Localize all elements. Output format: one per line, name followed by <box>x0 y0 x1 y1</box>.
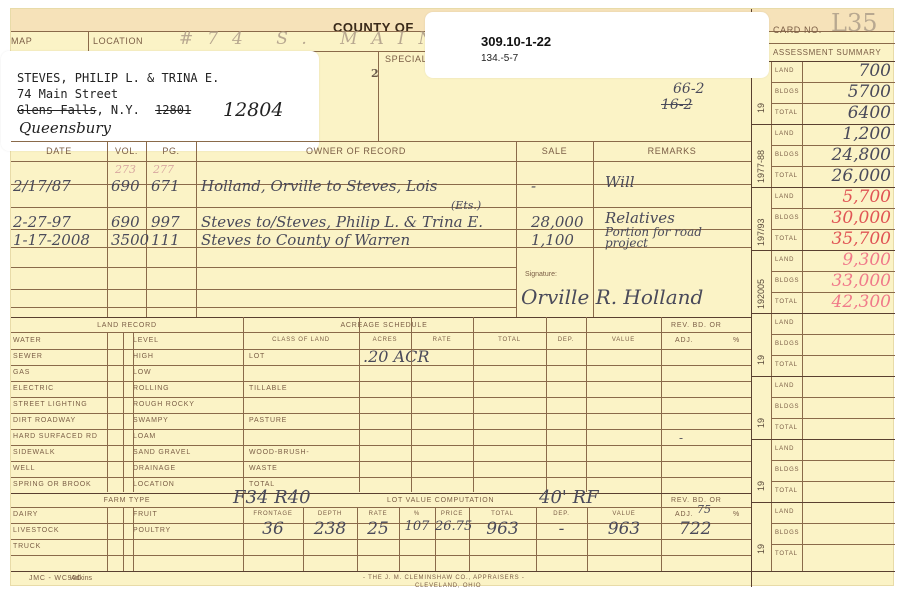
divider <box>11 161 751 162</box>
transfer-remarks: Will <box>605 177 745 188</box>
land-record-item: DIRT ROADWAY <box>13 417 76 424</box>
transfer-sale: 28,000 <box>531 213 584 231</box>
lot-acres: .20 ACR <box>363 347 429 366</box>
state: , N.Y. <box>96 103 139 117</box>
assessment-land-value: 1,200 <box>811 124 891 144</box>
transfer-date: 1-17-2008 <box>13 231 90 249</box>
signature-label: Signature: <box>525 271 557 278</box>
divider <box>11 141 751 142</box>
divider <box>11 539 751 540</box>
divider <box>771 544 895 545</box>
lot-value-header: FRONTAGE <box>243 511 303 517</box>
divider <box>802 61 803 571</box>
divider <box>751 9 752 587</box>
transfer-sale: - <box>531 177 536 195</box>
assessor: Adkins <box>71 575 92 582</box>
assessment-row-label: LAND <box>775 320 794 326</box>
acreage-class: TILLABLE <box>249 385 287 392</box>
divider <box>751 439 895 440</box>
assessment-bldgs-value: 30,000 <box>811 208 891 228</box>
assessment-row-label: LAND <box>775 257 794 263</box>
land-record-item: LOAM <box>133 433 156 440</box>
divider <box>123 507 124 571</box>
mark: 2 <box>371 67 379 80</box>
farm-type-item: DAIRY <box>13 511 38 518</box>
assessment-bldgs-value: 5700 <box>811 82 891 102</box>
divider <box>133 507 134 571</box>
acreage-header: RATE <box>411 337 473 343</box>
adj-label-2: ADJ. <box>675 511 693 518</box>
map-label: MAP <box>11 36 32 46</box>
divider <box>123 332 124 492</box>
card-no-label: CARD NO. <box>773 25 822 35</box>
divider <box>771 460 895 461</box>
assessment-row-label: LAND <box>775 68 794 74</box>
divider <box>11 397 751 398</box>
transfer-date: 2/17/87 <box>13 177 71 195</box>
divider <box>11 207 751 208</box>
farm-type-handwritten: F34 R40 <box>233 487 311 508</box>
divider <box>133 332 134 492</box>
lot-value-header: DEP. <box>536 511 587 517</box>
farm-type-item: LIVESTOCK <box>13 527 59 534</box>
owner-name: STEVES, PHILIP L. & TRINA E. <box>17 71 219 85</box>
lot-value-header: VALUE <box>587 511 661 517</box>
owner-note: (Ets.) <box>451 199 481 212</box>
farm-type-item: TRUCK <box>13 543 41 550</box>
land-record-item: LEVEL <box>133 337 159 344</box>
column-header: DATE <box>11 146 107 156</box>
divider <box>771 397 895 398</box>
farm-type-item: POULTRY <box>133 527 171 534</box>
farm-type-item: FRUIT <box>133 511 158 518</box>
assessment-row-label: TOTAL <box>775 488 798 494</box>
assessment-row-label: TOTAL <box>775 236 798 242</box>
adj-mark: - <box>679 431 683 445</box>
lot-value-note: 40' RF <box>539 487 599 508</box>
transfer-pg: 111 <box>151 231 180 249</box>
assessment-year: 19 <box>756 474 766 498</box>
divider <box>11 461 751 462</box>
assessment-row-label: TOTAL <box>775 173 798 179</box>
transfer-remarks: Relatives <box>605 213 745 224</box>
parcel-id: 309.10-1-22 <box>481 34 551 49</box>
transfer-remarks: Portion for road project <box>605 227 745 249</box>
assessment-year: 19 <box>756 348 766 372</box>
divider <box>546 317 547 492</box>
divider <box>11 429 751 430</box>
transfer-pg: 671 <box>151 177 180 195</box>
divider <box>11 332 751 333</box>
land-record-item: ROUGH ROCKY <box>133 401 195 408</box>
assessment-year: 19 <box>756 96 766 120</box>
divider <box>11 413 751 414</box>
column-header: REMARKS <box>593 146 751 156</box>
publisher: - THE J. M. CLEMINSHAW CO., APPRAISERS - <box>363 575 525 581</box>
column-header: OWNER OF RECORD <box>196 146 516 156</box>
divider <box>751 43 895 44</box>
divider <box>586 317 587 492</box>
lot-value-value: 963 <box>587 519 661 539</box>
assessment-total-value: 6400 <box>811 103 891 123</box>
lot-value-total: 963 <box>469 519 536 539</box>
lot-value-depth: 238 <box>303 519 357 539</box>
column-header: VOL. <box>107 146 146 156</box>
acreage-class: WASTE <box>249 465 278 472</box>
divider <box>88 31 89 51</box>
divider <box>11 267 516 268</box>
assessment-total-value: 42,300 <box>811 292 891 312</box>
land-record-item: SEWER <box>13 353 43 360</box>
divider <box>771 523 895 524</box>
assessment-bldgs-value: 33,000 <box>811 271 891 291</box>
divider <box>378 51 379 141</box>
assessment-row-label: BLDGS <box>775 404 799 410</box>
lot-value-header: RATE <box>357 511 399 517</box>
new-zip: 12804 <box>223 99 283 121</box>
assessment-year: 19 <box>756 537 766 561</box>
assessment-total-value: 26,000 <box>811 166 891 186</box>
transfer-owner: Steves to County of Warren <box>201 231 410 249</box>
acreage-header: CLASS OF LAND <box>243 337 359 343</box>
land-record-item: WATER <box>13 337 42 344</box>
assessment-year: 192005 <box>756 285 766 309</box>
acreage-header: DEP. <box>546 337 586 343</box>
land-record-item: SPRING OR BROOK <box>13 481 92 488</box>
lot-value-pct: 107 <box>399 519 435 534</box>
divider <box>359 317 360 492</box>
divider <box>11 477 751 478</box>
special-label: SPECIAL <box>385 54 427 64</box>
assessment-land-value: 9,300 <box>811 250 891 270</box>
card-no-value: L35 <box>831 9 877 37</box>
land-record-item: HARD SURFACED RD <box>13 433 98 440</box>
column-header: SALE <box>516 146 593 156</box>
farm-type-title: FARM TYPE <box>11 497 243 504</box>
assessment-year: 19 <box>756 411 766 435</box>
divider <box>473 317 474 492</box>
assessment-row-label: TOTAL <box>775 551 798 557</box>
land-record-item: SAND GRAVEL <box>133 449 191 456</box>
land-record-item: ELECTRIC <box>13 385 54 392</box>
divider <box>107 332 108 492</box>
signature: Orville R. Holland <box>521 285 703 309</box>
transfer-owner: Holland, Orville to Steves, Lois <box>201 177 438 195</box>
lot-value-dep: - <box>536 519 587 539</box>
assessment-year: 197/93 <box>756 222 766 246</box>
assessment-row-label: BLDGS <box>775 467 799 473</box>
assessment-row-label: LAND <box>775 383 794 389</box>
assessment-row-label: TOTAL <box>775 425 798 431</box>
divider <box>771 334 895 335</box>
assessment-row-label: LAND <box>775 194 794 200</box>
assessment-row-label: BLDGS <box>775 341 799 347</box>
acreage-header: VALUE <box>586 337 661 343</box>
assessment-row-label: BLDGS <box>775 278 799 284</box>
acreage-schedule-title: ACREAGE SCHEDULE <box>243 322 525 329</box>
assessment-row-label: LAND <box>775 509 794 515</box>
land-record-item: SWAMPY <box>133 417 169 424</box>
old-city: Glens Falls <box>17 103 96 117</box>
lot-value-price: 26.75 <box>435 519 469 534</box>
lot-value-header: DEPTH <box>303 511 357 517</box>
land-record-title: LAND RECORD <box>11 322 243 329</box>
assessment-total-value: 35,700 <box>811 229 891 249</box>
divider <box>771 481 895 482</box>
divider <box>11 507 751 508</box>
divider <box>11 571 895 572</box>
divider <box>11 307 516 308</box>
owner-street: 74 Main Street <box>17 87 118 101</box>
assessment-row-label: TOTAL <box>775 299 798 305</box>
divider <box>751 313 895 314</box>
divider <box>771 418 895 419</box>
lot-value-header: PRICE <box>435 511 469 517</box>
owner-city-line: Glens Falls, N.Y. 12801 <box>17 103 191 117</box>
assessment-row-label: BLDGS <box>775 530 799 536</box>
property-record-card: COUNTY OF MAP LOCATION #74 S. MAIN ST SP… <box>10 8 894 586</box>
assessment-summary-title: ASSESSMENT SUMMARY <box>773 48 881 57</box>
adj-value: 722 <box>679 519 711 539</box>
owner-address-label: STEVES, PHILIP L. & TRINA E. 74 Main Str… <box>1 51 319 151</box>
land-record-item: SIDEWALK <box>13 449 55 456</box>
land-record-item: GAS <box>13 369 30 376</box>
divider <box>771 355 895 356</box>
acreage-header: ACRES <box>359 337 411 343</box>
faint-vol: 273 <box>115 163 136 176</box>
ref-note-2: 16-2 <box>661 97 692 113</box>
assessment-bldgs-value: 24,800 <box>811 145 891 165</box>
column-header: PG. <box>146 146 196 156</box>
acreage-class: LOT <box>249 353 265 360</box>
adj-label: ADJ. <box>675 337 693 344</box>
town-handwritten: Queensbury <box>19 119 111 137</box>
land-record-item: WELL <box>13 465 35 472</box>
acreage-header: TOTAL <box>473 337 546 343</box>
transfer-vol: 690 <box>111 213 140 231</box>
assessment-row-label: TOTAL <box>775 362 798 368</box>
acreage-class: PASTURE <box>249 417 287 424</box>
lot-value-header: % <box>399 511 435 517</box>
acreage-class: WOOD-BRUSH- <box>249 449 310 456</box>
assessment-row-label: BLDGS <box>775 89 799 95</box>
lot-value-title: LOT VALUE COMPUTATION <box>387 497 494 504</box>
transfer-vol: 3500 <box>111 231 149 249</box>
transfer-sale: 1,100 <box>531 231 574 249</box>
publisher-city: CLEVELAND, OHIO <box>415 583 481 589</box>
land-record-item: HIGH <box>133 353 154 360</box>
transfer-date: 2-27-97 <box>13 213 71 231</box>
transfer-vol: 690 <box>111 177 140 195</box>
assessment-row-label: LAND <box>775 131 794 137</box>
land-record-item: DRAINAGE <box>133 465 176 472</box>
divider <box>661 507 662 571</box>
adj-pct: 75 <box>697 503 711 516</box>
divider <box>107 507 108 571</box>
assessment-row-label: LAND <box>775 446 794 452</box>
land-record-item: STREET LIGHTING <box>13 401 88 408</box>
divider <box>11 317 751 318</box>
divider <box>751 376 895 377</box>
ref-note-1: 66-2 <box>673 81 704 97</box>
divider <box>11 381 751 382</box>
divider <box>11 289 516 290</box>
transfer-owner: Steves to/Steves, Philip L. & Trina E. <box>201 213 483 231</box>
assessment-row-label: BLDGS <box>775 152 799 158</box>
assessment-year: 1977-88 <box>756 159 766 183</box>
location-label: LOCATION <box>93 36 143 46</box>
parcel-id-label: 309.10-1-22 134.-5-7 <box>425 12 769 78</box>
old-zip: 12801 <box>155 103 191 117</box>
old-parcel-id: 134.-5-7 <box>481 53 518 64</box>
land-record-item: ROLLING <box>133 385 169 392</box>
assessment-row-label: BLDGS <box>775 215 799 221</box>
divider <box>771 61 772 571</box>
lot-value-header: TOTAL <box>469 511 536 517</box>
land-record-item: LOW <box>133 369 151 376</box>
lot-value-rate: 25 <box>357 519 399 539</box>
divider <box>11 555 751 556</box>
assessment-land-value: 700 <box>811 61 891 81</box>
pct-label: % <box>733 337 740 344</box>
rev-bd-label: REV. BD. OR <box>671 322 722 329</box>
assessment-row-label: TOTAL <box>775 110 798 116</box>
divider <box>411 317 412 492</box>
lot-value-frontage: 36 <box>243 519 303 539</box>
land-record-item: LOCATION <box>133 481 175 488</box>
assessment-land-value: 5,700 <box>811 187 891 207</box>
divider <box>11 445 751 446</box>
divider <box>11 493 751 494</box>
transfer-pg: 997 <box>151 213 180 231</box>
faint-pg: 277 <box>153 163 174 176</box>
pct-label-2: % <box>733 511 740 518</box>
divider <box>751 502 895 503</box>
